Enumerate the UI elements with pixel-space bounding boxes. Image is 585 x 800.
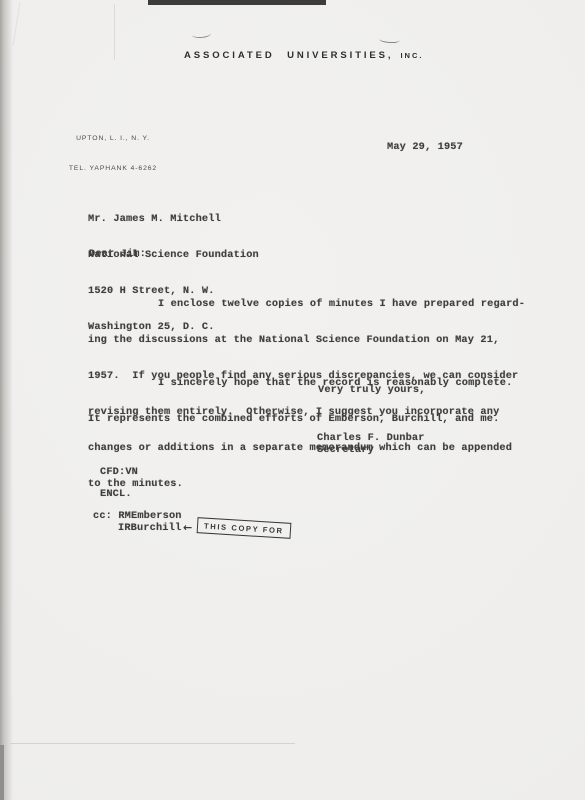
company-suffix: INC. (400, 51, 423, 60)
letterhead-location: UPTON, L. I., N. Y. (58, 134, 168, 144)
body-line: ing the discussions at the National Scie… (88, 334, 525, 346)
signature-name: Charles F. Dunbar (317, 432, 425, 444)
cc-name-1: RMEmberson (118, 510, 181, 522)
body-line: It represents the combined efforts of Em… (88, 413, 512, 425)
letterhead-telephone: TEL. YAPHANK 4-6262 (58, 164, 168, 174)
recipient-name: Mr. James M. Mitchell (88, 213, 259, 225)
scanned-letter-page: ASSOCIATED UNIVERSITIES,INC. UPTON, L. I… (0, 0, 585, 800)
scan-left-edge (0, 0, 13, 800)
salutation: Dear Jim: (89, 248, 146, 260)
scan-top-edge-dark-segment (148, 0, 326, 5)
body-paragraph-2: I sincerely hope that the record is reas… (88, 353, 512, 449)
body-line: I enclose twelve copies of minutes I hav… (88, 298, 525, 310)
body-line: I sincerely hope that the record is reas… (88, 377, 512, 389)
letterhead-company-name: ASSOCIATED UNIVERSITIES,INC. (184, 50, 423, 61)
letter-date: May 29, 1957 (387, 141, 463, 153)
signature-title: Secretary (317, 444, 374, 456)
cc-line: cc: RMEmberson (93, 510, 182, 522)
this-copy-for-stamp: THIS COPY FOR (197, 517, 292, 539)
left-arrow-icon: ← (183, 521, 192, 534)
corner-crease (13, 2, 21, 46)
enclosure-note: ENCL. (100, 488, 132, 500)
typist-reference: CFD:VN (100, 466, 138, 478)
letterhead-address: UPTON, L. I., N. Y. TEL. YAPHANK 4-6262 (58, 114, 168, 194)
scan-bottom-left-edge (0, 745, 4, 800)
cc-label: cc: (93, 510, 118, 522)
scan-bottom-fold-line (10, 743, 295, 744)
pen-check-mark (192, 29, 212, 39)
complimentary-closing: Very truly yours, (318, 384, 426, 396)
body-line: to the minutes. (88, 478, 525, 490)
company-main: ASSOCIATED UNIVERSITIES, (184, 50, 393, 61)
pen-check-mark (379, 35, 400, 43)
cc-name-2: IRBurchill (118, 522, 181, 534)
paper-crease (114, 4, 115, 60)
